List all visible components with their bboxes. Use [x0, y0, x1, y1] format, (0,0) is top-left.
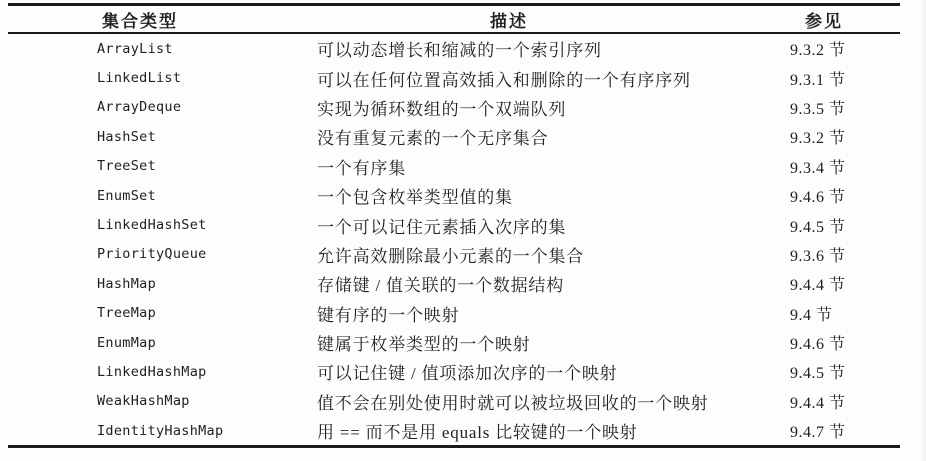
- cell-type: TreeSet: [97, 158, 317, 174]
- book-page: 集合类型 描述 参见 ArrayList 可以动态增长和缩减的一个索引序列 9.…: [0, 0, 926, 461]
- table-row: LinkedList 可以在任何位置高效插入和删除的一个有序序列 9.3.1 节: [8, 63, 900, 92]
- table-row: HashSet 没有重复元素的一个无序集合 9.3.2 节: [8, 122, 900, 151]
- cell-description: 一个包含枚举类型值的集: [317, 183, 790, 208]
- cell-type: HashMap: [97, 276, 317, 292]
- cell-reference: 9.4.7 节: [790, 419, 900, 442]
- cell-type: WeakHashMap: [97, 393, 317, 409]
- cell-type: ArrayDeque: [97, 99, 317, 115]
- cell-description: 可以记住键 / 值项添加次序的一个映射: [317, 359, 790, 384]
- cell-reference: 9.4.4 节: [790, 390, 900, 413]
- cell-reference: 9.3.1 节: [790, 67, 900, 90]
- cell-description: 允许高效删除最小元素的一个集合: [317, 242, 790, 267]
- table-row: LinkedHashMap 可以记住键 / 值项添加次序的一个映射 9.4.5 …: [8, 357, 900, 386]
- cell-reference: 9.3.2 节: [790, 125, 900, 148]
- cell-type: LinkedHashSet: [97, 217, 317, 233]
- cell-description: 可以动态增长和缩减的一个索引序列: [317, 36, 790, 61]
- cell-type: PriorityQueue: [97, 246, 317, 262]
- cell-type: HashSet: [97, 129, 317, 145]
- table-row: ArrayList 可以动态增长和缩减的一个索引序列 9.3.2 节: [8, 34, 900, 63]
- table-row: ArrayDeque 实现为循环数组的一个双端队列 9.3.5 节: [8, 93, 900, 122]
- cell-description: 实现为循环数组的一个双端队列: [317, 95, 790, 120]
- table-row: HashMap 存储键 / 值关联的一个数据结构 9.4.4 节: [8, 269, 900, 298]
- table-bottom-rule: [8, 445, 900, 448]
- cell-description: 存储键 / 值关联的一个数据结构: [317, 271, 790, 296]
- table-row: TreeSet 一个有序集 9.3.4 节: [8, 152, 900, 181]
- cell-reference: 9.4.4 节: [790, 272, 900, 295]
- table-row: EnumMap 键属于枚举类型的一个映射 9.4.6 节: [8, 328, 900, 357]
- cell-reference: 9.4 节: [790, 302, 900, 325]
- table-body: ArrayList 可以动态增长和缩减的一个索引序列 9.3.2 节 Linke…: [8, 34, 900, 445]
- cell-description: 可以在任何位置高效插入和删除的一个有序序列: [317, 66, 790, 91]
- table-row: WeakHashMap 值不会在别处使用时就可以被垃圾回收的一个映射 9.4.4…: [8, 387, 900, 416]
- cell-description: 一个可以记住元素插入次序的集: [317, 213, 790, 238]
- cell-type: ArrayList: [97, 41, 317, 57]
- cell-type: EnumMap: [97, 335, 317, 351]
- cell-type: TreeMap: [97, 305, 317, 321]
- cell-reference: 9.3.4 节: [790, 155, 900, 178]
- cell-description: 键属于枚举类型的一个映射: [317, 330, 790, 355]
- cell-type: IdentityHashMap: [97, 423, 317, 439]
- table-row: TreeMap 键有序的一个映射 9.4 节: [8, 299, 900, 328]
- cell-type: LinkedList: [97, 70, 317, 86]
- cell-reference: 9.4.5 节: [790, 360, 900, 383]
- cell-description: 用 == 而不是用 equals 比较键的一个映射: [317, 418, 790, 443]
- cell-reference: 9.4.6 节: [790, 331, 900, 354]
- column-header-description: 描述: [490, 7, 528, 32]
- cell-type: EnumSet: [97, 188, 317, 204]
- cell-type: LinkedHashMap: [97, 364, 317, 380]
- table-header-row: 集合类型 描述 参见: [8, 6, 900, 32]
- collections-table: 集合类型 描述 参见 ArrayList 可以动态增长和缩减的一个索引序列 9.…: [8, 3, 900, 448]
- cell-description: 一个有序集: [317, 154, 790, 179]
- cell-reference: 9.3.5 节: [790, 96, 900, 119]
- column-header-type: 集合类型: [102, 7, 178, 32]
- table-row: EnumSet 一个包含枚举类型值的集 9.4.6 节: [8, 181, 900, 210]
- cell-description: 值不会在别处使用时就可以被垃圾回收的一个映射: [317, 389, 790, 414]
- column-header-reference: 参见: [805, 7, 843, 32]
- cell-description: 键有序的一个映射: [317, 301, 790, 326]
- table-row: IdentityHashMap 用 == 而不是用 equals 比较键的一个映…: [8, 416, 900, 445]
- table-row: LinkedHashSet 一个可以记住元素插入次序的集 9.4.5 节: [8, 210, 900, 239]
- cell-reference: 9.3.2 节: [790, 37, 900, 60]
- cell-reference: 9.3.6 节: [790, 243, 900, 266]
- cell-reference: 9.4.5 节: [790, 214, 900, 237]
- cell-reference: 9.4.6 节: [790, 184, 900, 207]
- cell-description: 没有重复元素的一个无序集合: [317, 124, 790, 149]
- table-row: PriorityQueue 允许高效删除最小元素的一个集合 9.3.6 节: [8, 240, 900, 269]
